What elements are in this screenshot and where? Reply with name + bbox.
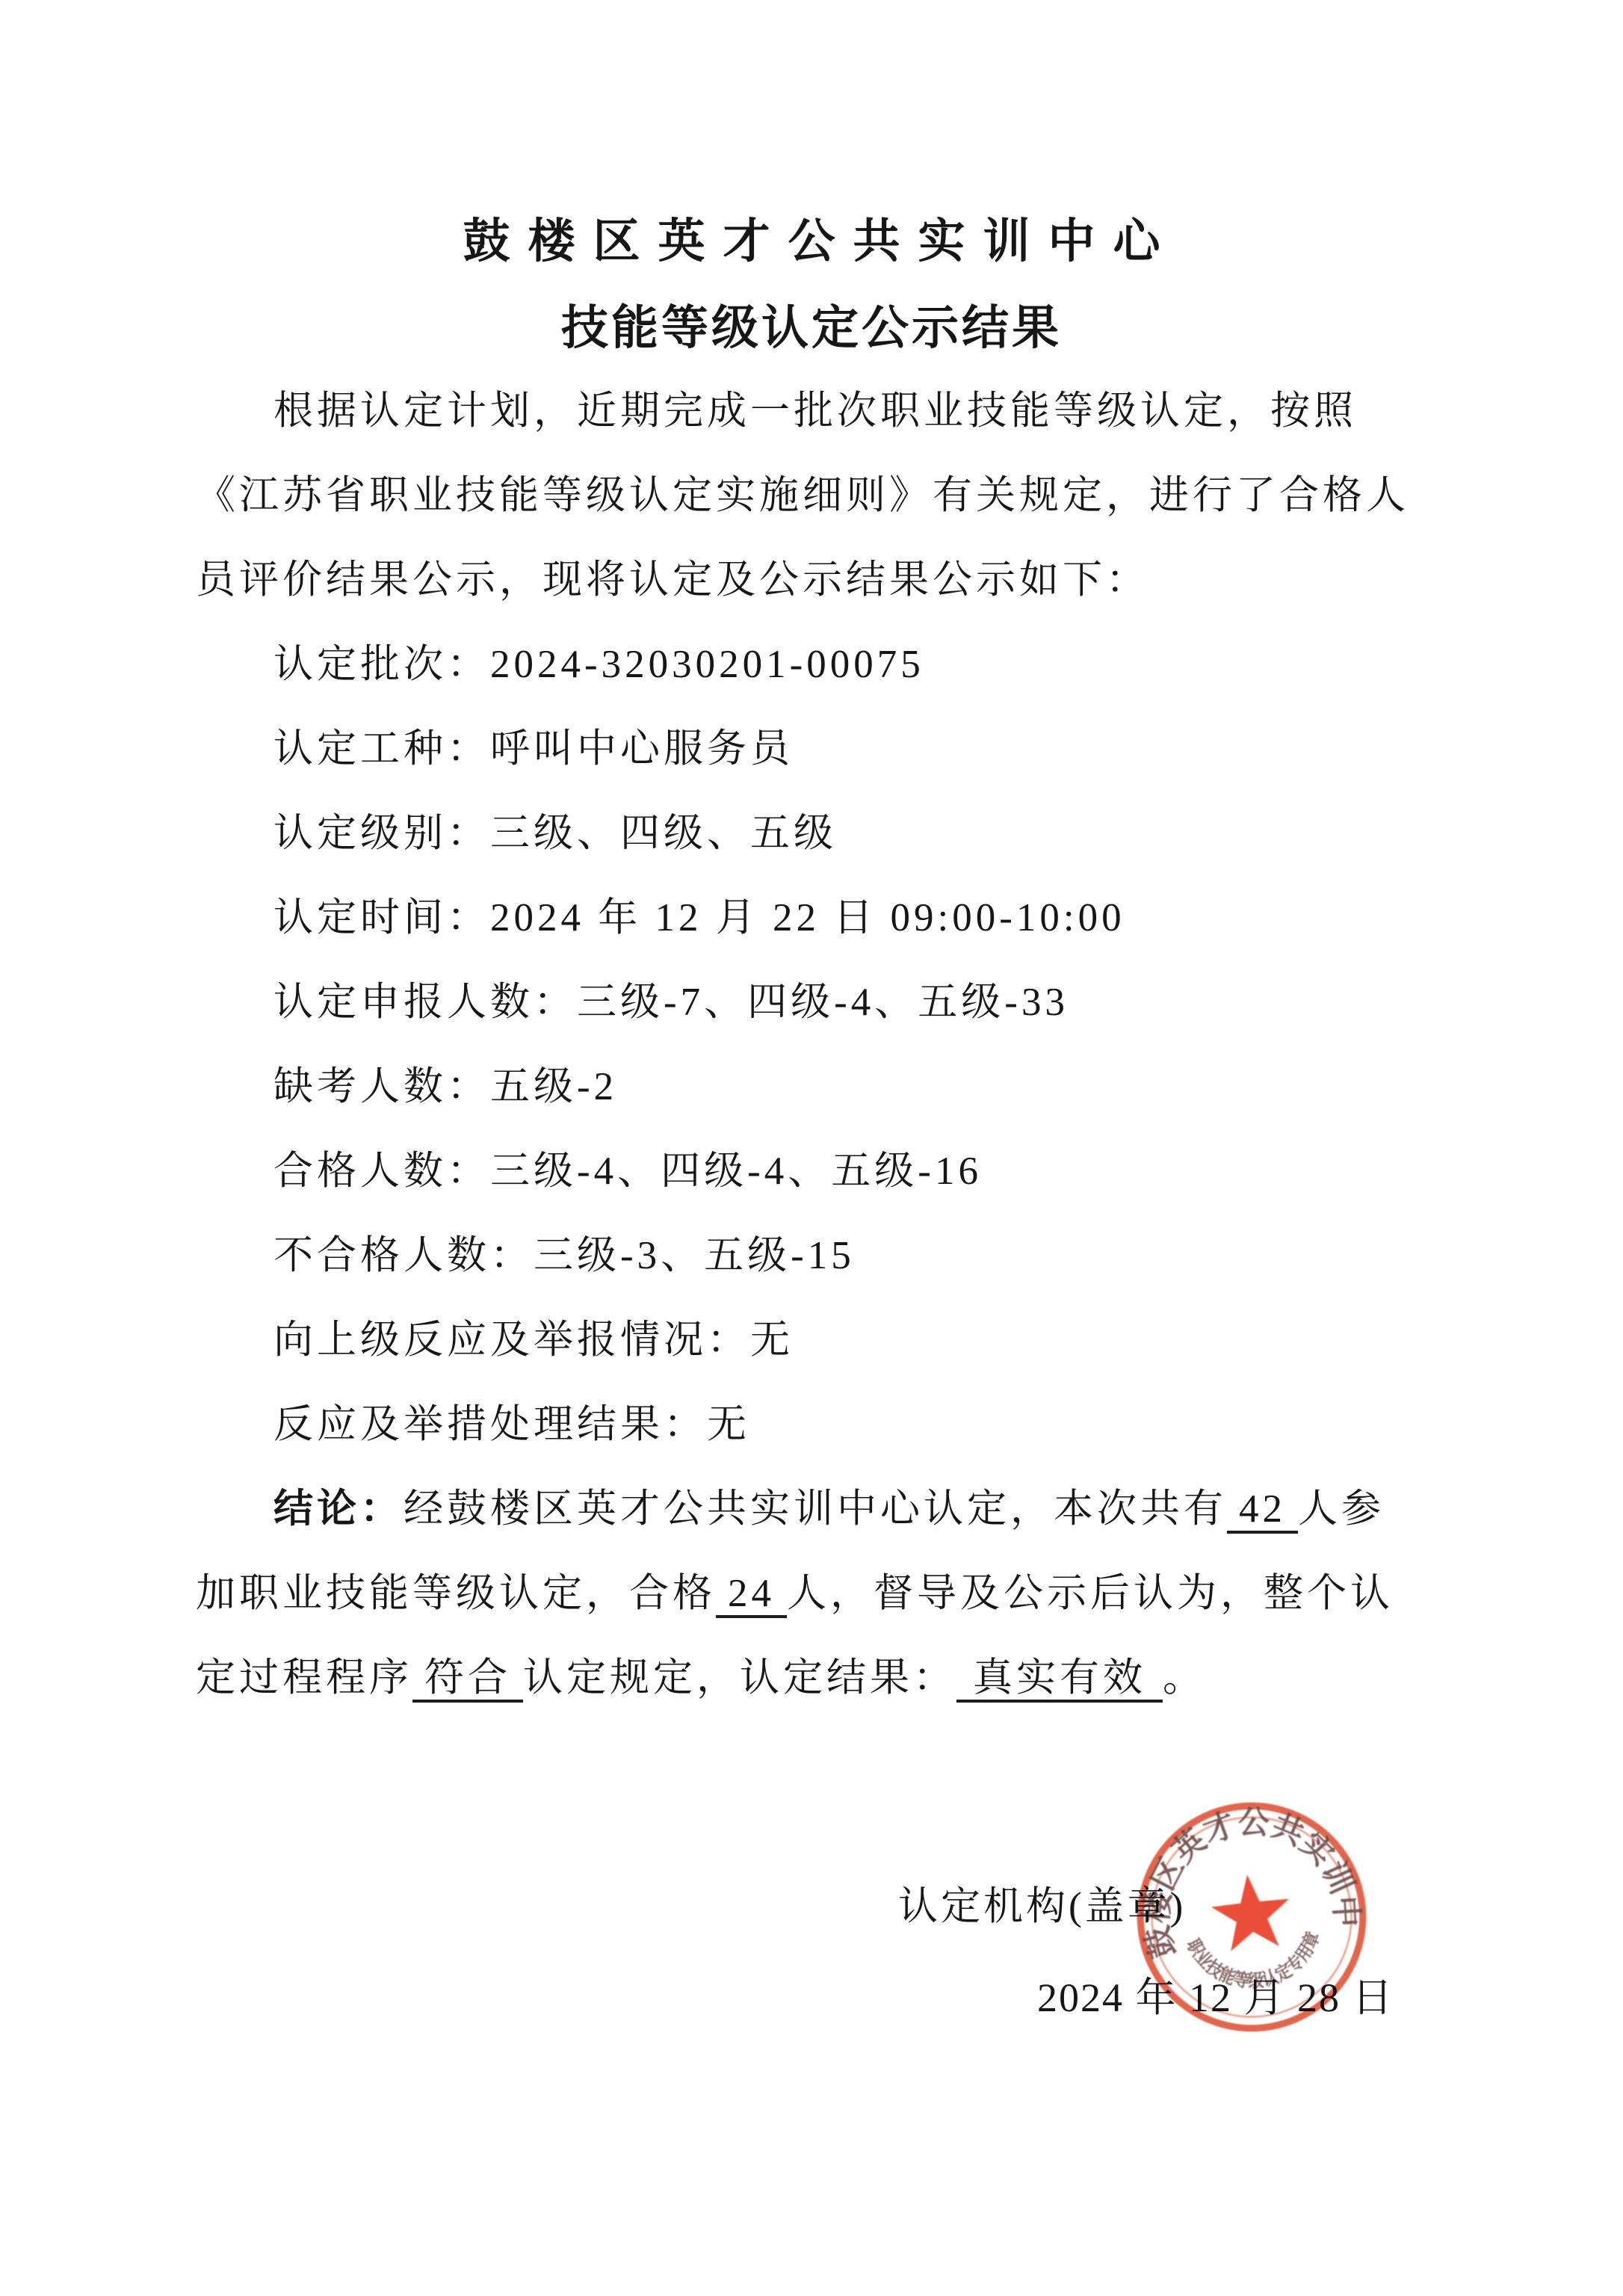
conclusion-label: 结论： — [273, 1487, 404, 1531]
conclusion-line-2: 加职业技能等级认定，合格24人，督导及公示后认为，整个认 — [196, 1552, 1430, 1636]
conclusion-line-3: 定过程程序符合认定规定，认定结果：真实有效。 — [196, 1636, 1430, 1721]
intro-line: 员评价结果公示，现将认定及公示结果公示如下： — [196, 538, 1430, 623]
detail-line-handling: 反应及举措处理结果：无 — [196, 1383, 1430, 1467]
document-page: 鼓楼区英才公共实训中心 技能等级认定公示结果 根据认定计划，近期完成一批次职业技… — [0, 0, 1623, 2296]
detail-line-failed: 不合格人数：三级-3、五级-15 — [196, 1214, 1430, 1298]
conclusion-text: 经鼓楼区英才公共实训中心认定，本次共有 — [404, 1487, 1227, 1531]
conclusion-text: 人参 — [1298, 1487, 1385, 1531]
official-seal: 鼓楼区英才公共实训中心 职业技能等级认定专用章 — [1118, 1783, 1385, 2051]
detail-line-levels: 认定级别：三级、四级、五级 — [196, 791, 1430, 876]
underlined-total-count: 42 — [1227, 1487, 1298, 1534]
conclusion-text: 。 — [1163, 1656, 1206, 1700]
document-title-line1: 鼓楼区英才公共实训中心 — [0, 203, 1623, 271]
conclusion-text: 定过程程序 — [196, 1656, 412, 1700]
intro-line: 《江苏省职业技能等级认定实施细则》有关规定，进行了合格人 — [196, 454, 1430, 538]
detail-line-absent: 缺考人数：五级-2 — [196, 1045, 1430, 1129]
detail-line-applicants: 认定申报人数：三级-7、四级-4、五级-33 — [196, 960, 1430, 1045]
seal-bottom-text: 职业技能等级认定专用章 — [1181, 1923, 1329, 1999]
conclusion-text: 认定规定，认定结果： — [523, 1656, 956, 1700]
conclusion-line-1: 结论：经鼓楼区英才公共实训中心认定，本次共有42人参 — [196, 1467, 1430, 1552]
underlined-result: 真实有效 — [956, 1656, 1163, 1703]
detail-line-reports: 向上级反应及举报情况：无 — [196, 1298, 1430, 1383]
underlined-compliance: 符合 — [412, 1656, 523, 1703]
document-body: 根据认定计划，近期完成一批次职业技能等级认定，按照 《江苏省职业技能等级认定实施… — [196, 369, 1430, 1721]
conclusion-text: 人，督导及公示后认为，整个认 — [787, 1572, 1394, 1615]
seal-star-icon — [1208, 1871, 1294, 1953]
document-title-line2: 技能等级认定公示结果 — [0, 290, 1623, 358]
detail-line-occupation: 认定工种：呼叫中心服务员 — [196, 707, 1430, 791]
detail-line-passed: 合格人数：三级-4、四级-4、五级-16 — [196, 1129, 1430, 1214]
detail-line-batch: 认定批次：2024-32030201-00075 — [196, 623, 1430, 707]
intro-line: 根据认定计划，近期完成一批次职业技能等级认定，按照 — [196, 369, 1430, 454]
underlined-pass-count: 24 — [716, 1572, 787, 1618]
detail-line-time: 认定时间：2024 年 12 月 22 日 09:00-10:00 — [196, 876, 1430, 960]
conclusion-text: 加职业技能等级认定，合格 — [196, 1572, 716, 1615]
